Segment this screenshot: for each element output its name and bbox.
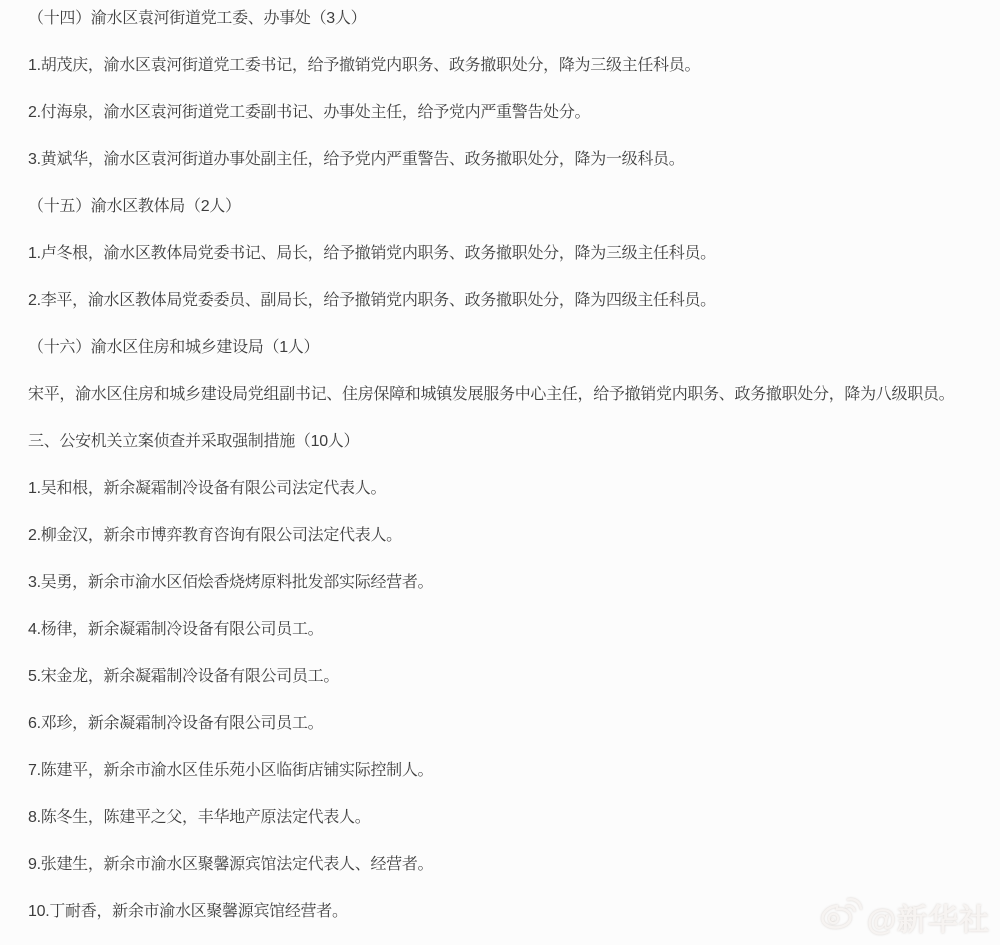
list-item: 1.卢冬根，渝水区教体局党委书记、局长，给予撤销党内职务、政务撤职处分，降为三级… xyxy=(28,245,980,263)
list-item: 4.杨律，新余凝霜制冷设备有限公司员工。 xyxy=(28,621,980,639)
section-heading: 三、公安机关立案侦查并采取强制措施（10人） xyxy=(28,433,980,451)
list-item: 8.陈冬生，陈建平之父，丰华地产原法定代表人。 xyxy=(28,809,980,827)
list-item: 9.张建生，新余市渝水区聚馨源宾馆法定代表人、经营者。 xyxy=(28,856,980,874)
section-heading: （十六）渝水区住房和城乡建设局（1人） xyxy=(28,339,980,357)
list-item: 7.陈建平，新余市渝水区佳乐苑小区临街店铺实际控制人。 xyxy=(28,762,980,780)
list-item: 1.胡茂庆，渝水区袁河街道党工委书记，给予撤销党内职务、政务撤职处分，降为三级主… xyxy=(28,57,980,75)
weibo-icon xyxy=(820,896,862,938)
list-item: 宋平，渝水区住房和城乡建设局党组副书记、住房保障和城镇发展服务中心主任，给予撤销… xyxy=(28,386,980,404)
section-heading: （十四）渝水区袁河街道党工委、办事处（3人） xyxy=(28,10,980,28)
list-item: 2.李平，渝水区教体局党委委员、副局长，给予撤销党内职务、政务撤职处分，降为四级… xyxy=(28,292,980,310)
section-heading: （十五）渝水区教体局（2人） xyxy=(28,198,980,216)
xinhua-weibo-watermark: @新华社 xyxy=(820,895,990,939)
document-body: （十四）渝水区袁河街道党工委、办事处（3人） 1.胡茂庆，渝水区袁河街道党工委书… xyxy=(0,0,1000,921)
list-item: 2.柳金汉，新余市博弈教育咨询有限公司法定代表人。 xyxy=(28,527,980,545)
list-item: 3.吴勇，新余市渝水区佰烩香烧烤原料批发部实际经营者。 xyxy=(28,574,980,592)
list-item: 1.吴和根，新余凝霜制冷设备有限公司法定代表人。 xyxy=(28,480,980,498)
list-item: 3.黄斌华，渝水区袁河街道办事处副主任，给予党内严重警告、政务撤职处分，降为一级… xyxy=(28,151,980,169)
watermark-text: @新华社 xyxy=(867,895,990,939)
list-item: 5.宋金龙，新余凝霜制冷设备有限公司员工。 xyxy=(28,668,980,686)
list-item: 6.邓珍，新余凝霜制冷设备有限公司员工。 xyxy=(28,715,980,733)
list-item: 2.付海泉，渝水区袁河街道党工委副书记、办事处主任，给予党内严重警告处分。 xyxy=(28,104,980,122)
